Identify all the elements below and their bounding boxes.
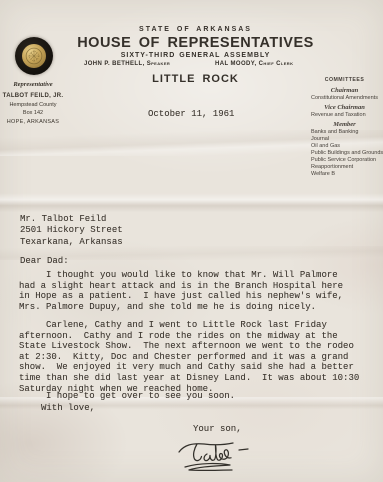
- signoff: Your son,: [193, 424, 242, 434]
- committee-item: Banks and Banking: [306, 129, 383, 136]
- letterhead-state: STATE OF ARKANSAS: [4, 26, 383, 33]
- body-paragraph: I thought you would like to know that Mr…: [19, 270, 343, 312]
- committee-role: Member: [306, 120, 383, 129]
- letterhead-speaker: JOHN P. BETHELL, Speaker: [84, 61, 170, 67]
- committee-item: Revenue and Taxation: [306, 112, 383, 119]
- representative-county: Hempstead County: [0, 102, 66, 108]
- committees-block: COMMITTEES Chairman Constitutional Amend…: [306, 76, 383, 178]
- paper-fold: [0, 192, 383, 214]
- valediction: With love,: [41, 403, 95, 413]
- letter-date: October 11, 1961: [148, 109, 234, 119]
- salutation: Dear Dad:: [20, 256, 69, 266]
- committee-role: Chairman: [306, 86, 383, 95]
- representative-box: Box 142: [0, 110, 66, 116]
- handwritten-signature: [176, 436, 276, 478]
- committee-item: Reapportionment: [306, 164, 383, 171]
- committee-item: Journal: [306, 136, 383, 143]
- committee-item: Constitutional Amendments: [306, 95, 383, 102]
- representative-name: TALBOT FEILD, JR.: [0, 93, 66, 99]
- representative-title: Representative: [0, 81, 66, 88]
- committee-item: Welfare B: [306, 171, 383, 178]
- recipient-address: Mr. Talbot Feild 2501 Hickory Street Tex…: [20, 214, 123, 248]
- body-paragraph: Carlene, Cathy and I went to Little Rock…: [19, 320, 359, 394]
- committee-role: Vice Chairman: [306, 103, 383, 112]
- scanned-letter: STATE OF ARKANSAS HOUSE OF REPRESENTATIV…: [0, 0, 383, 482]
- letterhead-clerk: HAL MOODY, Chief Clerk: [215, 61, 293, 67]
- body-paragraph: I hope to get over to see you soon.: [19, 391, 235, 402]
- representative-city: HOPE, ARKANSAS: [0, 119, 66, 125]
- letterhead-assembly: SIXTY-THIRD GENERAL ASSEMBLY: [4, 52, 383, 59]
- letterhead-chamber: HOUSE OF REPRESENTATIVES: [4, 35, 383, 51]
- arkansas-state-seal-icon: [15, 37, 53, 75]
- seal-gold-center: [22, 44, 46, 68]
- committee-item: Public Buildings and Grounds: [306, 150, 383, 157]
- committee-item: Public Service Corporation: [306, 157, 383, 164]
- committee-item: Oil and Gas: [306, 143, 383, 150]
- representative-block: Representative TALBOT FEILD, JR. Hempste…: [0, 81, 66, 125]
- committees-heading: COMMITTEES: [306, 76, 383, 84]
